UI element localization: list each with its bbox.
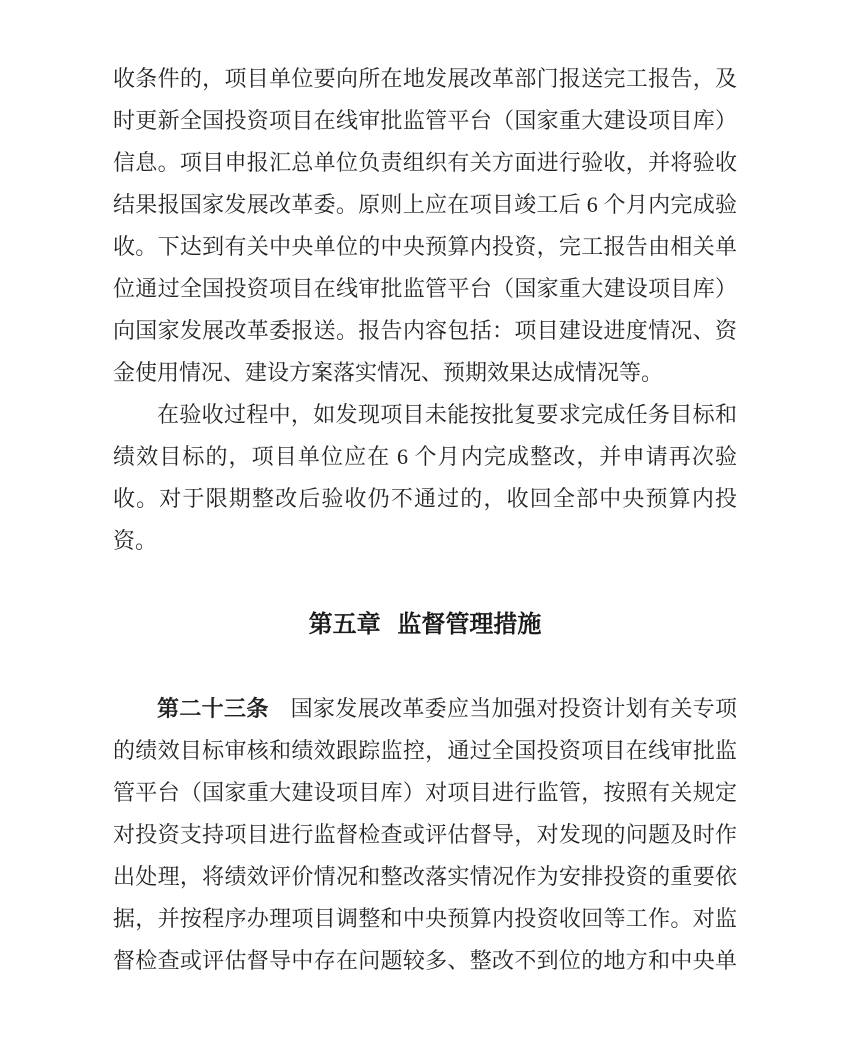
- text-line: 督检查或评估督导中存在问题较多、整改不到位的地方和中央单: [113, 940, 737, 982]
- text-line: 金使用情况、建设方案落实情况、预期效果达成情况等。: [113, 352, 737, 394]
- paragraph-article-23: 第二十三条国家发展改革委应当加强对投资计划有关专项 的绩效目标审核和绩效跟踪监控…: [113, 688, 737, 982]
- text-line: 绩效目标的，项目单位应在 6 个月内完成整改，并申请再次验: [113, 436, 737, 478]
- chapter-heading: 第五章 监督管理措施: [113, 604, 737, 646]
- text-line: 信息。项目申报汇总单位负责组织有关方面进行验收，并将验收: [113, 142, 737, 184]
- text-line: 资。: [113, 520, 737, 562]
- document-page: 收条件的，项目单位要向所在地发展改革部门报送完工报告，及 时更新全国投资项目在线…: [0, 0, 845, 1058]
- text-line: 在验收过程中，如发现项目未能按批复要求完成任务目标和: [113, 394, 737, 436]
- text-line: 收条件的，项目单位要向所在地发展改革部门报送完工报告，及: [113, 58, 737, 100]
- text-line: 位通过全国投资项目在线审批监管平台（国家重大建设项目库）: [113, 268, 737, 310]
- paragraph-completion-report: 收条件的，项目单位要向所在地发展改革部门报送完工报告，及 时更新全国投资项目在线…: [113, 58, 737, 394]
- text-line: 收。下达到有关中央单位的中央预算内投资，完工报告由相关单: [113, 226, 737, 268]
- text-line: 向国家发展改革委报送。报告内容包括：项目建设进度情况、资: [113, 310, 737, 352]
- text-line: 出处理，将绩效评价情况和整改落实情况作为安排投资的重要依: [113, 856, 737, 898]
- paragraph-acceptance-rectification: 在验收过程中，如发现项目未能按批复要求完成任务目标和 绩效目标的，项目单位应在 …: [113, 394, 737, 562]
- article-first-line-text: 国家发展改革委应当加强对投资计划有关专项: [291, 696, 737, 721]
- text-line: 第二十三条国家发展改革委应当加强对投资计划有关专项: [113, 688, 737, 730]
- text-line: 的绩效目标审核和绩效跟踪监控，通过全国投资项目在线审批监: [113, 730, 737, 772]
- text-line: 收。对于限期整改后验收仍不通过的，收回全部中央预算内投: [113, 478, 737, 520]
- text-line: 结果报国家发展改革委。原则上应在项目竣工后 6 个月内完成验: [113, 184, 737, 226]
- article-number-label: 第二十三条: [157, 696, 269, 721]
- document-text-block: 收条件的，项目单位要向所在地发展改革部门报送完工报告，及 时更新全国投资项目在线…: [113, 58, 737, 982]
- text-line: 据，并按程序办理项目调整和中央预算内投资收回等工作。对监: [113, 898, 737, 940]
- text-line: 时更新全国投资项目在线审批监管平台（国家重大建设项目库）: [113, 100, 737, 142]
- text-line: 对投资支持项目进行监督检查或评估督导，对发现的问题及时作: [113, 814, 737, 856]
- text-line: 管平台（国家重大建设项目库）对项目进行监管，按照有关规定: [113, 772, 737, 814]
